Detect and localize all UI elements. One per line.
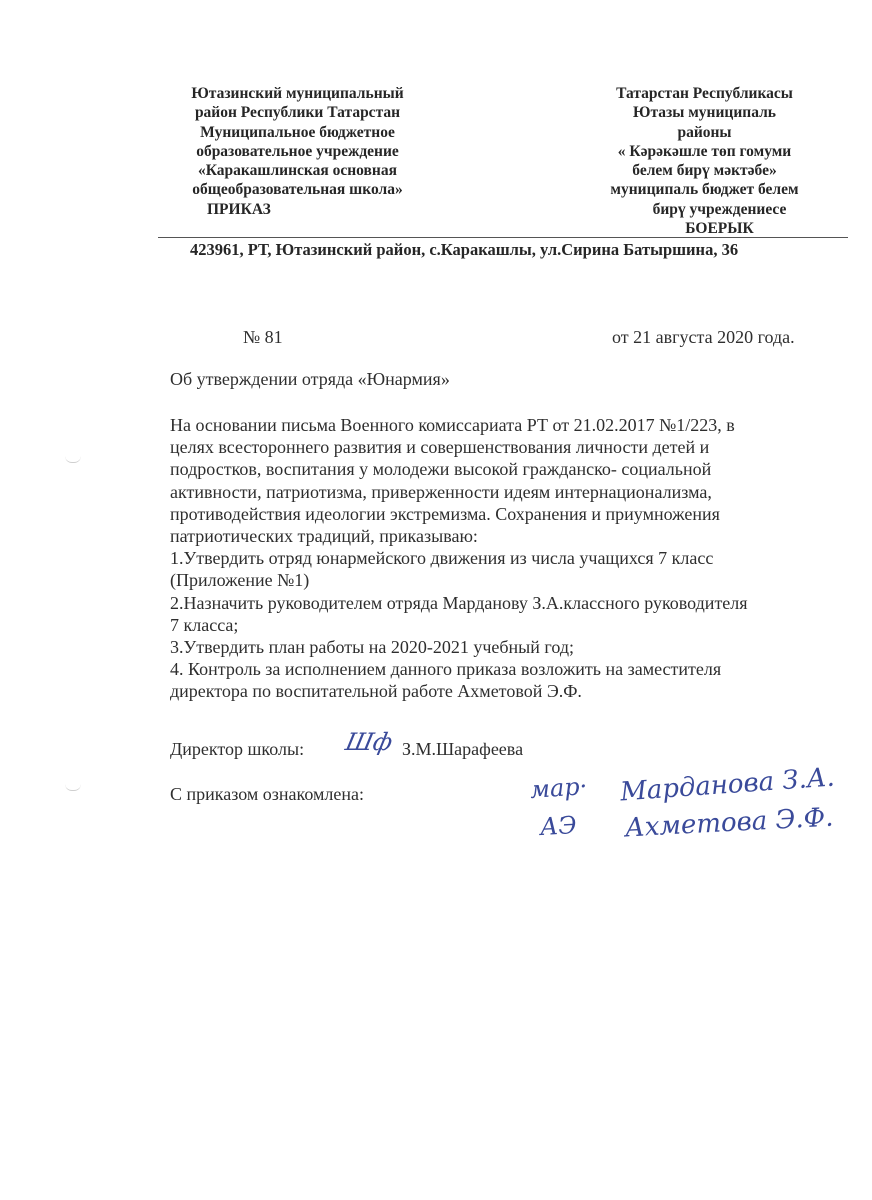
preamble-line: противодействия идеологии экстремизма. С… <box>170 503 748 525</box>
order-number: № 81 <box>243 326 283 348</box>
preamble-line: целях всестороннего развития и совершенс… <box>170 436 748 458</box>
preamble-line: подростков, воспитания у молодежи высоко… <box>170 458 748 480</box>
order-item: 2.Назначить руководителем отряда Мардано… <box>170 592 748 614</box>
header-right-line: белем бирү мәктәбе» <box>572 161 837 180</box>
header-right-line: « Кәрәкәшле төп гомуми <box>572 142 837 161</box>
ack-signature-name: Марданова З.А. <box>619 763 835 808</box>
director-signature: Шф <box>343 728 395 756</box>
header-right-line: бирү учреждениесе <box>572 200 837 219</box>
director-name: З.М.Шарафеева <box>402 738 523 760</box>
ack-signature-mark: мар· <box>529 772 588 804</box>
header-right-line: Татарстан Республикасы <box>572 84 837 103</box>
header-left-line: район Республики Татарстан <box>160 103 435 122</box>
header-right-line: Ютазы муниципаль <box>572 103 837 122</box>
header-left-line: общеобразовательная школа» <box>160 180 435 199</box>
header-left-line: «Каракашлинская основная <box>160 161 435 180</box>
order-title-ru: ПРИКАЗ <box>160 200 435 219</box>
order-item: 1.Утвердить отряд юнармейского движения … <box>170 547 748 569</box>
order-item: 7 класса; <box>170 614 748 636</box>
director-label: Директор школы: <box>170 738 304 760</box>
ack-signature-mark: АЭ <box>539 811 577 841</box>
preamble-line: патриотических традиций, приказываю: <box>170 525 748 547</box>
order-subject: Об утверждении отряда «Юнармия» <box>170 368 450 390</box>
order-body: На основании письма Военного комиссариат… <box>170 414 748 703</box>
order-item: (Приложение №1) <box>170 569 748 591</box>
header-left-line: Ютазинский муниципальный <box>160 84 435 103</box>
header-left-block: Ютазинский муниципальный район Республик… <box>160 84 435 219</box>
header-left-line: образовательное учреждение <box>160 142 435 161</box>
header-left-line: Муниципальное бюджетное <box>160 123 435 142</box>
punch-hole-mark <box>65 456 81 463</box>
punch-hole-mark <box>65 784 81 791</box>
header-right-block: Татарстан Республикасы Ютазы муниципаль … <box>572 84 837 238</box>
order-title-tt: БОЕРЫК <box>572 219 837 238</box>
order-item: директора по воспитательной работе Ахмет… <box>170 680 748 702</box>
preamble-line: На основании письма Военного комиссариат… <box>170 414 748 436</box>
school-address: 423961, РТ, Ютазинский район, с.Каракашл… <box>190 240 738 260</box>
header-divider <box>158 237 848 238</box>
order-item: 4. Контроль за исполнением данного прика… <box>170 658 748 680</box>
order-date: от 21 августа 2020 года. <box>612 326 795 348</box>
ack-signature-name: Ахметова Э.Ф. <box>624 803 834 844</box>
header-right-line: районы <box>572 123 837 142</box>
acknowledged-label: С приказом ознакомлена: <box>170 783 364 805</box>
header-right-line: муниципаль бюджет белем <box>572 180 837 199</box>
order-item: 3.Утвердить план работы на 2020-2021 уче… <box>170 636 748 658</box>
preamble-line: активности, патриотизма, приверженности … <box>170 481 748 503</box>
